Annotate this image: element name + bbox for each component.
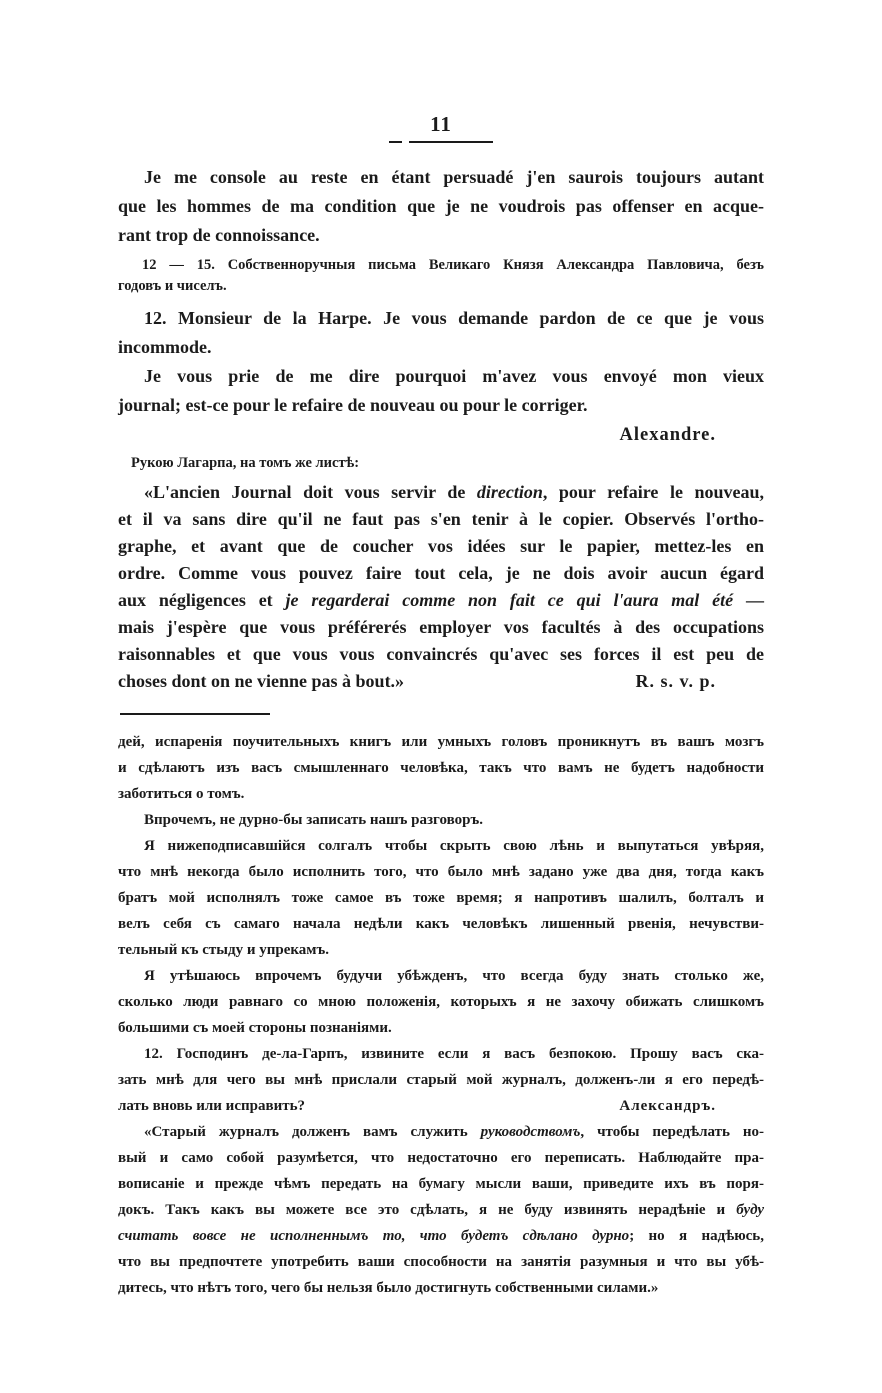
text-line: и сдѣлаютъ изъ васъ смышленнаго человѣка… bbox=[118, 755, 764, 781]
footnote-12-ru-last-line: лать вновь или исправить? Александръ. bbox=[118, 1093, 764, 1119]
signature-alexandre: Alexandre. bbox=[118, 420, 764, 450]
text-line: rant trop de connoissance. bbox=[118, 221, 764, 250]
footnote-paragraph-uteshayus: Я утѣшаюсь впрочемъ будучи убѣжденъ, что… bbox=[118, 963, 764, 1041]
text-line: ordre. Comme vous pouvez faire tout cela… bbox=[118, 560, 764, 587]
paragraph-je-vous-prie: Je vous prie de me dire pourquoi m'avez … bbox=[118, 362, 764, 420]
scanned-book-page: 11 Je me console au reste en étant persu… bbox=[0, 0, 882, 1393]
text-line: вый и само собой разумѣется, что недоста… bbox=[118, 1145, 764, 1171]
text-line: Я нижеподписавшійся солгалъ чтобы скрыть… bbox=[118, 833, 764, 859]
header-rule bbox=[381, 141, 501, 143]
caption-letters-12-15: 12 — 15. Собственноручныя письма Великаг… bbox=[118, 255, 764, 297]
page-header: 11 bbox=[0, 112, 882, 143]
italic-text-segment: руководствомъ bbox=[481, 1124, 581, 1140]
text-line: годовъ и чиселъ. bbox=[118, 276, 764, 297]
text-segment: докъ. Такъ какъ вы можете все это сдѣлат… bbox=[118, 1202, 736, 1218]
header-rule-bar bbox=[409, 141, 493, 143]
text-line: дитесь, что нѣтъ того, чего бы нельзя бы… bbox=[118, 1275, 764, 1301]
text-line: зать мнѣ для чего вы мнѣ прислали старый… bbox=[118, 1067, 764, 1093]
footnote-paragraph-continuation: дей, испаренія поучительныхъ книгъ или у… bbox=[118, 729, 764, 807]
footnote-paragraph-vprochem: Впрочемъ, не дурно-бы записать нашъ разг… bbox=[118, 807, 764, 833]
text-segment: ; но я надѣюсь, bbox=[629, 1228, 764, 1244]
text-line: et il va sans dire qu'il ne faut pas s'e… bbox=[118, 506, 764, 533]
text-segment: aux négligences et bbox=[118, 590, 286, 610]
text-line: тельный къ стыду и упрекамъ. bbox=[118, 937, 764, 963]
quote-closing-text: choses dont on ne vienne pas à bout.» bbox=[118, 668, 404, 695]
text-line: считать вовсе не исполненнымъ то, что бу… bbox=[118, 1223, 764, 1249]
text-block: Je me console au reste en étant persuadé… bbox=[118, 163, 764, 1301]
footnote-section: дей, испаренія поучительныхъ книгъ или у… bbox=[118, 729, 764, 1301]
text-segment: «L'ancien Journal doit vous servir de bbox=[144, 482, 477, 502]
text-line: «L'ancien Journal doit vous servir de di… bbox=[118, 479, 764, 506]
text-line: «Старый журналъ долженъ вамъ служить рук… bbox=[118, 1119, 764, 1145]
text-line: заботиться о томъ. bbox=[118, 781, 764, 807]
paragraph-je-me-console: Je me console au reste en étant persuadé… bbox=[118, 163, 764, 250]
footnote-paragraph-staryi-zhurnal: «Старый журналъ долженъ вамъ служить рук… bbox=[118, 1119, 764, 1301]
text-line: mais j'espère que vous préférerés employ… bbox=[118, 614, 764, 641]
text-line: 12. Monsieur de la Harpe. Je vous demand… bbox=[118, 304, 764, 333]
italic-text-segment: считать вовсе не исполненнымъ то, что бу… bbox=[118, 1228, 629, 1244]
text-line: journal; est-ce pour le refaire de nouve… bbox=[118, 391, 764, 420]
text-line: что вы предпочтете употребить ваши спосо… bbox=[118, 1249, 764, 1275]
signature-aleksandr: Александръ. bbox=[619, 1093, 716, 1119]
text-segment: «Старый журналъ долженъ вамъ служить bbox=[144, 1124, 481, 1140]
italic-text-segment: je regarderai comme non fait ce qui l'au… bbox=[286, 590, 734, 610]
footnote-12-ru-closing-text: лать вновь или исправить? bbox=[118, 1093, 305, 1119]
text-line: 12. Господинъ де-ла-Гарпъ, извините если… bbox=[118, 1041, 764, 1067]
quote-last-line: choses dont on ne vienne pas à bout.» R.… bbox=[118, 668, 764, 695]
text-line: сколько люди равнаго со мною положенія, … bbox=[118, 989, 764, 1015]
text-line: graphe, et avant que de coucher vos idée… bbox=[118, 533, 764, 560]
signature-rsvp: R. s. v. p. bbox=[635, 668, 716, 695]
italic-text-segment: буду bbox=[736, 1202, 764, 1218]
text-line: Je me console au reste en étant persuadé… bbox=[118, 163, 764, 192]
text-line: братъ мой исполнялъ тоже самое въ тоже в… bbox=[118, 885, 764, 911]
page-number: 11 bbox=[0, 112, 882, 136]
header-rule-dash bbox=[389, 141, 402, 143]
quote-lines: «L'ancien Journal doit vous servir de di… bbox=[118, 479, 764, 668]
italic-text-segment: direction bbox=[477, 482, 543, 502]
text-line: велъ себя съ самаго начала недѣли какъ ч… bbox=[118, 911, 764, 937]
text-line: raisonnables et que vous vous convaincré… bbox=[118, 641, 764, 668]
text-line: Я утѣшаюсь впрочемъ будучи убѣжденъ, что… bbox=[118, 963, 764, 989]
text-line: дей, испаренія поучительныхъ книгъ или у… bbox=[118, 729, 764, 755]
footnote-paragraph-gospodin-de-la-harpe: 12. Господинъ де-ла-Гарпъ, извините если… bbox=[118, 1041, 764, 1119]
paragraph-monsieur-de-la-harpe: 12. Monsieur de la Harpe. Je vous demand… bbox=[118, 304, 764, 362]
text-segment: — bbox=[733, 590, 764, 610]
text-line: Je vous prie de me dire pourquoi m'avez … bbox=[118, 362, 764, 391]
footnote-separator bbox=[120, 713, 270, 715]
paragraph-lancien-journal: «L'ancien Journal doit vous servir de di… bbox=[118, 479, 764, 695]
text-line: aux négligences et je regarderai comme n… bbox=[118, 587, 764, 614]
text-line: Впрочемъ, не дурно-бы записать нашъ разг… bbox=[118, 807, 764, 833]
text-line: что мнѣ некогда было исполнить того, что… bbox=[118, 859, 764, 885]
text-line: докъ. Такъ какъ вы можете все это сдѣлат… bbox=[118, 1197, 764, 1223]
caption-lagarpe-hand: Рукою Лагарпа, на томъ же листѣ: bbox=[118, 453, 764, 474]
text-line: 12 — 15. Собственноручныя письма Великаг… bbox=[118, 255, 764, 276]
footnote-paragraph-nizhepodpisavshiisya: Я нижеподписавшійся солгалъ чтобы скрыть… bbox=[118, 833, 764, 963]
text-line: incommode. bbox=[118, 333, 764, 362]
text-line: большими съ моей стороны познаніями. bbox=[118, 1015, 764, 1041]
footnote-12-ru-lines: 12. Господинъ де-ла-Гарпъ, извините если… bbox=[118, 1041, 764, 1093]
text-segment: , чтобы передѣлать но- bbox=[580, 1124, 764, 1140]
text-line: вописаніе и прежде чѣмъ передать на бума… bbox=[118, 1171, 764, 1197]
text-line: que les hommes de ma condition que je ne… bbox=[118, 192, 764, 221]
text-segment: , pour refaire le nouveau, bbox=[543, 482, 764, 502]
